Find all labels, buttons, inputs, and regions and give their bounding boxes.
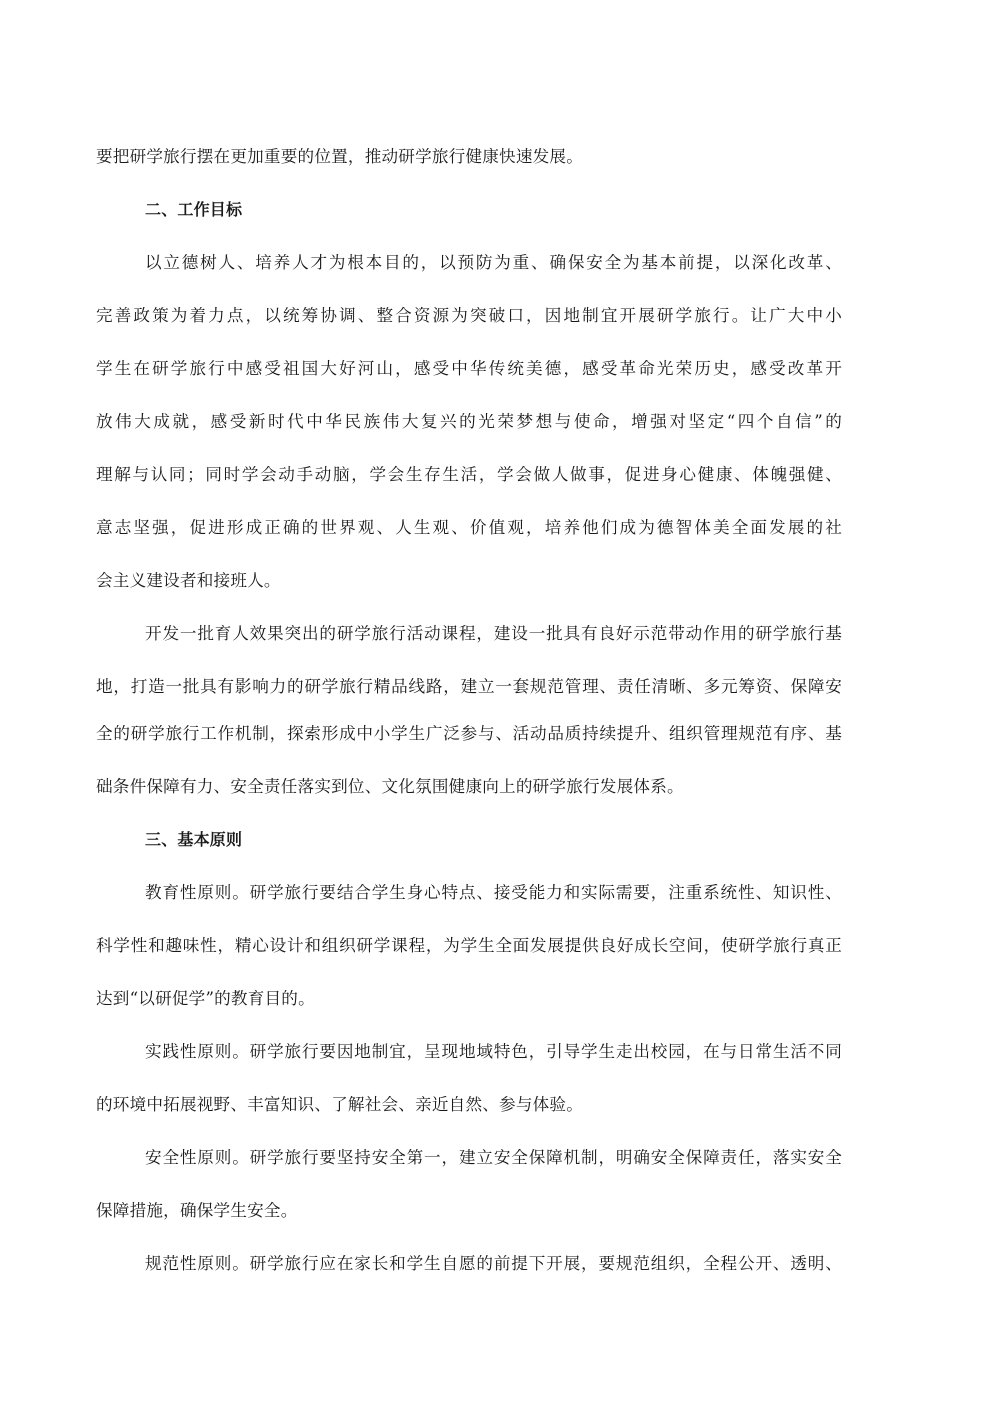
document-page: 要把研学旅行摆在更加重要的位置，推动研学旅行健康快速发展。 二、工作目标 以立德…: [0, 0, 992, 1403]
paragraph-line: 学生在研学旅行中感受祖国大好河山，感受中华传统美德，感受革命光荣历史，感受改革开: [96, 357, 842, 381]
paragraph-line: 全的研学旅行工作机制，探索形成中小学生广泛参与、活动品质持续提升、组织管理规范有…: [96, 722, 842, 746]
paragraph-line: 开发一批育人效果突出的研学旅行活动课程，建设一批具有良好示范带动作用的研学旅行基: [145, 622, 842, 646]
paragraph-line: 理解与认同；同时学会动手动脑，学会生存生活，学会做人做事，促进身心健康、体魄强健…: [96, 463, 842, 487]
paragraph-line: 达到“以研促学”的教育目的。: [96, 987, 842, 1011]
paragraph-line: 要把研学旅行摆在更加重要的位置，推动研学旅行健康快速发展。: [96, 145, 842, 169]
paragraph-line: 以立德树人、培养人才为根本目的，以预防为重、确保安全为基本前提，以深化改革、: [145, 251, 842, 275]
paragraph-line: 保障措施，确保学生安全。: [96, 1199, 842, 1223]
paragraph-line: 完善政策为着力点，以统筹协调、整合资源为突破口，因地制宜开展研学旅行。让广大中小: [96, 304, 842, 328]
paragraph-line: 地，打造一批具有影响力的研学旅行精品线路，建立一套规范管理、责任清晰、多元筹资、…: [96, 675, 842, 699]
section-heading-basic-principles: 三、基本原则: [145, 828, 842, 852]
paragraph-line: 教育性原则。研学旅行要结合学生身心特点、接受能力和实际需要，注重系统性、知识性、: [145, 881, 842, 905]
paragraph-line: 安全性原则。研学旅行要坚持安全第一，建立安全保障机制，明确安全保障责任，落实安全: [145, 1146, 842, 1170]
paragraph-line: 础条件保障有力、安全责任落实到位、文化氛围健康向上的研学旅行发展体系。: [96, 775, 842, 799]
paragraph-line: 放伟大成就，感受新时代中华民族伟大复兴的光荣梦想与使命，增强对坚定“四个自信”的: [96, 410, 842, 434]
section-heading-work-goals: 二、工作目标: [145, 198, 842, 222]
paragraph-line: 的环境中拓展视野、丰富知识、了解社会、亲近自然、参与体验。: [96, 1093, 842, 1117]
paragraph-line: 实践性原则。研学旅行要因地制宜，呈现地域特色，引导学生走出校园，在与日常生活不同: [145, 1040, 842, 1064]
paragraph-line: 规范性原则。研学旅行应在家长和学生自愿的前提下开展，要规范组织，全程公开、透明、: [145, 1252, 842, 1276]
paragraph-line: 科学性和趣味性，精心设计和组织研学课程，为学生全面发展提供良好成长空间，使研学旅…: [96, 934, 842, 958]
paragraph-line: 会主义建设者和接班人。: [96, 569, 842, 593]
paragraph-line: 意志坚强，促进形成正确的世界观、人生观、价值观，培养他们成为德智体美全面发展的社: [96, 516, 842, 540]
